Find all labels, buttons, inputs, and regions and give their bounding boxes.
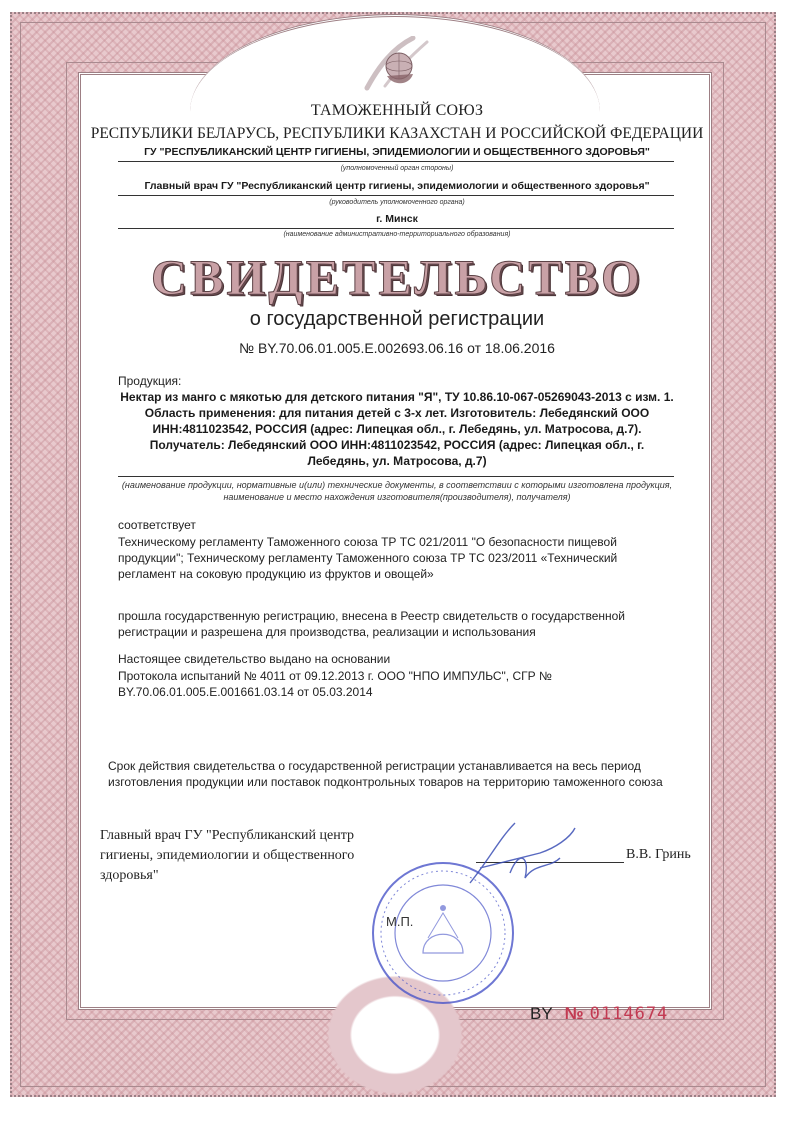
product-label: Продукция: — [118, 374, 181, 388]
authority-head: Главный врач ГУ "Республиканский центр г… — [90, 180, 704, 192]
divider — [118, 476, 674, 477]
city-caption: (наименование административно-территориа… — [90, 231, 704, 238]
authority-name: ГУ "РЕСПУБЛИКАНСКИЙ ЦЕНТР ГИГИЕНЫ, ЭПИДЕ… — [90, 146, 704, 158]
authority-caption: (уполномоченный орган стороны) — [90, 165, 704, 172]
republics-title: РЕСПУБЛИКИ БЕЛАРУСЬ, РЕСПУБЛИКИ КАЗАХСТА… — [90, 125, 704, 143]
product-caption: (наименование продукции, нормативные и(и… — [118, 479, 676, 503]
divider — [118, 161, 674, 162]
validity-text: Срок действия свидетельства о государств… — [108, 758, 708, 790]
customs-union-emblem-icon — [363, 36, 431, 92]
certificate-title: СВИДЕТЕЛЬСТВО — [90, 248, 704, 306]
serial-country: BY — [530, 1004, 553, 1023]
certificate-subtitle: о государственной регистрации — [90, 308, 704, 331]
conformity-text: Техническому регламенту Таможенного союз… — [118, 534, 678, 582]
handwritten-signature-icon — [460, 818, 580, 888]
registration-text: прошла государственную регистрацию, внес… — [118, 608, 678, 640]
divider — [118, 195, 674, 196]
city-name: г. Минск — [90, 213, 704, 225]
serial-number: 0114674 — [590, 1004, 669, 1024]
head-caption: (руководитель уполномоченного органа) — [90, 199, 704, 206]
customs-union-title: ТАМОЖЕННЫЙ СОЮЗ — [90, 102, 704, 120]
signatory-name: В.В. Гринь — [626, 847, 691, 863]
registration-number: № BY.70.06.01.005.E.002693.06.16 от 18.0… — [90, 340, 704, 356]
serial-no-sign: № — [565, 1004, 584, 1023]
basis-label: Настоящее свидетельство выдано на основа… — [118, 651, 678, 667]
divider — [118, 228, 674, 229]
signatory-position: Главный врач ГУ "Республиканский центр г… — [100, 826, 400, 886]
basis-text: Протокола испытаний № 4011 от 09.12.2013… — [118, 668, 678, 700]
blank-serial-number: BY№0114674 — [530, 1004, 668, 1024]
product-description: Нектар из манго с мякотью для детского п… — [118, 389, 676, 469]
stamp-place-label: М.П. — [386, 914, 413, 929]
conformity-label: соответствует — [118, 517, 678, 533]
